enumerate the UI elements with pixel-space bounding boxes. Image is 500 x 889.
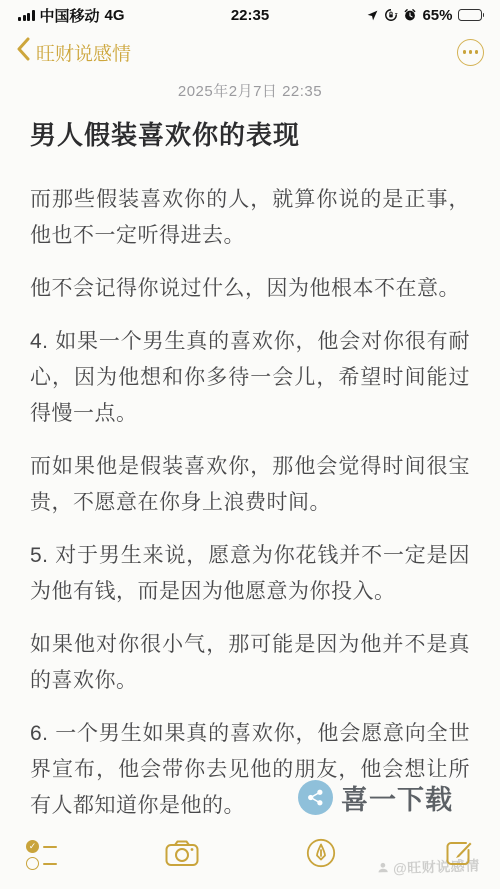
alarm-clock-icon — [403, 8, 417, 22]
note-paragraph: 5. 对于男生来说，愿意为你花钱并不一定是因为他有钱，而是因为他愿意为你投入。 — [30, 538, 470, 610]
carrier-label: 中国移动 — [40, 5, 100, 26]
back-button[interactable]: 旺财说感情 — [16, 37, 131, 67]
cellular-signal-icon — [18, 10, 35, 21]
share-watermark-label: 喜一下载 — [341, 778, 453, 817]
nav-bar: 旺财说感情 — [0, 30, 500, 74]
note-paragraph: 而那些假装喜欢你的人，就算你说的是正事，他也不一定听得进去。 — [30, 182, 470, 254]
battery-icon — [458, 9, 485, 21]
note-paragraph: 而如果他是假装喜欢你，那他会觉得时间很宝贵，不愿意在你身上浪费时间。 — [30, 449, 470, 521]
checklist-button[interactable]: ✓ — [26, 840, 57, 870]
notes-app-screen: 中国移动 4G 22:35 — [0, 0, 500, 889]
status-bar: 中国移动 4G 22:35 — [0, 0, 500, 26]
markup-button[interactable] — [306, 838, 336, 873]
note-paragraph: 他不会记得你说过什么，因为他根本不在意。 — [30, 271, 470, 307]
compose-button[interactable] — [444, 838, 474, 873]
note-paragraph: 4. 如果一个男生真的喜欢你，他会对你很有耐心，因为他想和你多待一会儿，希望时间… — [30, 324, 470, 432]
pen-markup-icon — [306, 838, 336, 873]
check-circle-icon: ✓ — [26, 840, 39, 853]
share-app-watermark: 喜一下载 — [298, 778, 453, 817]
battery-percent-label: 65% — [422, 7, 452, 24]
camera-icon — [165, 839, 199, 872]
bottom-toolbar: ✓ — [0, 831, 500, 889]
network-type-label: 4G — [105, 7, 125, 24]
orientation-lock-icon — [384, 8, 398, 22]
location-arrow-icon — [366, 9, 379, 22]
empty-circle-icon — [26, 857, 39, 870]
note-paragraph: 如果他对你很小气，那可能是因为他并不是真的喜欢你。 — [30, 627, 470, 699]
note-title: 男人假装喜欢你的表现 — [30, 115, 470, 152]
note-body[interactable]: 而那些假装喜欢你的人，就算你说的是正事，他也不一定听得进去。 他不会记得你说过什… — [30, 182, 470, 824]
back-chevron-icon — [16, 37, 30, 67]
note-date: 2025年2月7日 22:35 — [0, 80, 500, 101]
camera-button[interactable] — [165, 839, 199, 872]
more-options-button[interactable] — [457, 39, 484, 66]
compose-note-icon — [444, 838, 474, 873]
back-button-label: 旺财说感情 — [36, 39, 131, 66]
share-nodes-icon — [298, 780, 333, 815]
